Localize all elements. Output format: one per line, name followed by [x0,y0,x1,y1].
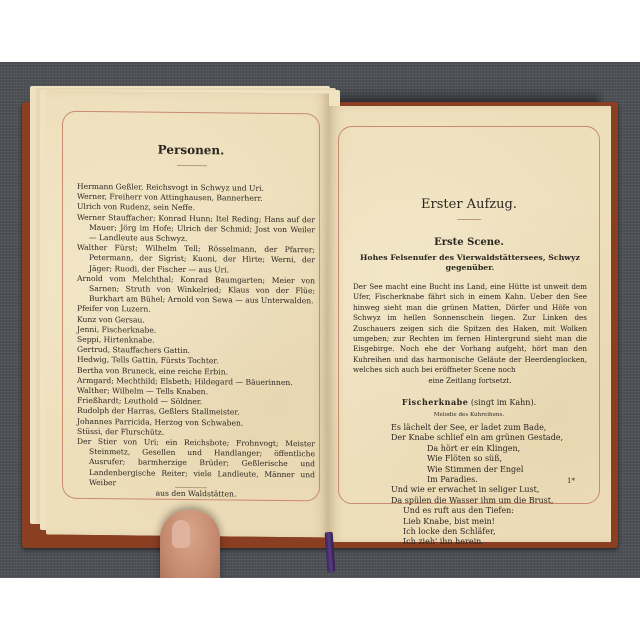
verse-line: Und wie er erwachet in seliger Lust, [391,485,591,495]
verse-line: Und es ruft aus den Tiefen: [391,506,591,516]
left-page: Personen. Hermann Geßler, Reichsvogt in … [46,91,329,538]
cast-entry: Arnold vom Melchthal; Konrad Baumgarten;… [77,274,315,307]
cast-entry: Walther Fürst; Wilhelm Tell; Rösselmann,… [77,243,315,276]
right-page: Erster Aufzug. Erste Scene. Hohes Felsen… [328,106,611,542]
verse-line: Ich locke den Schläfer, [391,527,591,537]
cast-list: Hermann Geßler, Reichsvogt in Schwyz und… [77,182,315,501]
thumbnail [172,520,190,548]
page-frame: Erster Aufzug. Erste Scene. Hohes Felsen… [338,126,600,504]
title-rule [177,165,207,166]
verse-line: Im Paradies. [391,475,591,485]
speaker-name: Fischerknabe [402,397,468,407]
scene-title: Erste Scene. [339,237,599,248]
speaker-line: Fischerknabe (singt im Kahn). [339,397,599,407]
verse-line: Da spülen die Wasser ihm um die Brust, [391,496,591,506]
song-verse: Es lächelt der See, er ladet zum Bade,De… [391,423,591,548]
verse-line: Da hört er ein Klingen, [391,444,591,454]
act-rule [457,219,481,220]
act-title: Erster Aufzug. [339,197,599,212]
cast-entry: Werner Stauffacher; Konrad Hunn; Itel Re… [77,212,315,245]
cast-closing: aus den Waldstätten. [77,488,315,501]
thumb [160,510,220,578]
stage-direction-end: eine Zeitlang fortsetzt. [353,376,587,386]
verse-line: Es lächelt der See, er ladet zum Bade, [391,423,591,433]
page-frame: Personen. Hermann Geßler, Reichsvogt in … [62,111,320,502]
stage-direction-text: Der See macht eine Bucht ins Land, eine … [353,282,587,374]
melody-note: Melodie des Kuhreihens. [339,412,599,418]
verse-line: Wie Flöten so süß, [391,454,591,464]
speaker-note: (singt im Kahn). [471,398,536,407]
personen-title: Personen. [63,142,319,159]
stage-direction: Der See macht eine Bucht ins Land, eine … [353,282,587,386]
verse-line: Lieb Knabe, bist mein! [391,517,591,527]
scene-setting: Hohes Felsenufer des Vierwaldstättersees… [353,253,587,273]
photo-background: Personen. Hermann Geßler, Reichsvogt in … [0,62,640,578]
page-number: 1* [567,477,575,485]
verse-line: Der Knabe schlief ein am grünen Gestade, [391,433,591,443]
cast-entry: Der Stier von Uri; ein Reichsbote; Frohn… [77,437,315,491]
verse-line: Ich zieh' ihn herein. [391,537,591,547]
verse-line: Wie Stimmen der Engel [391,465,591,475]
